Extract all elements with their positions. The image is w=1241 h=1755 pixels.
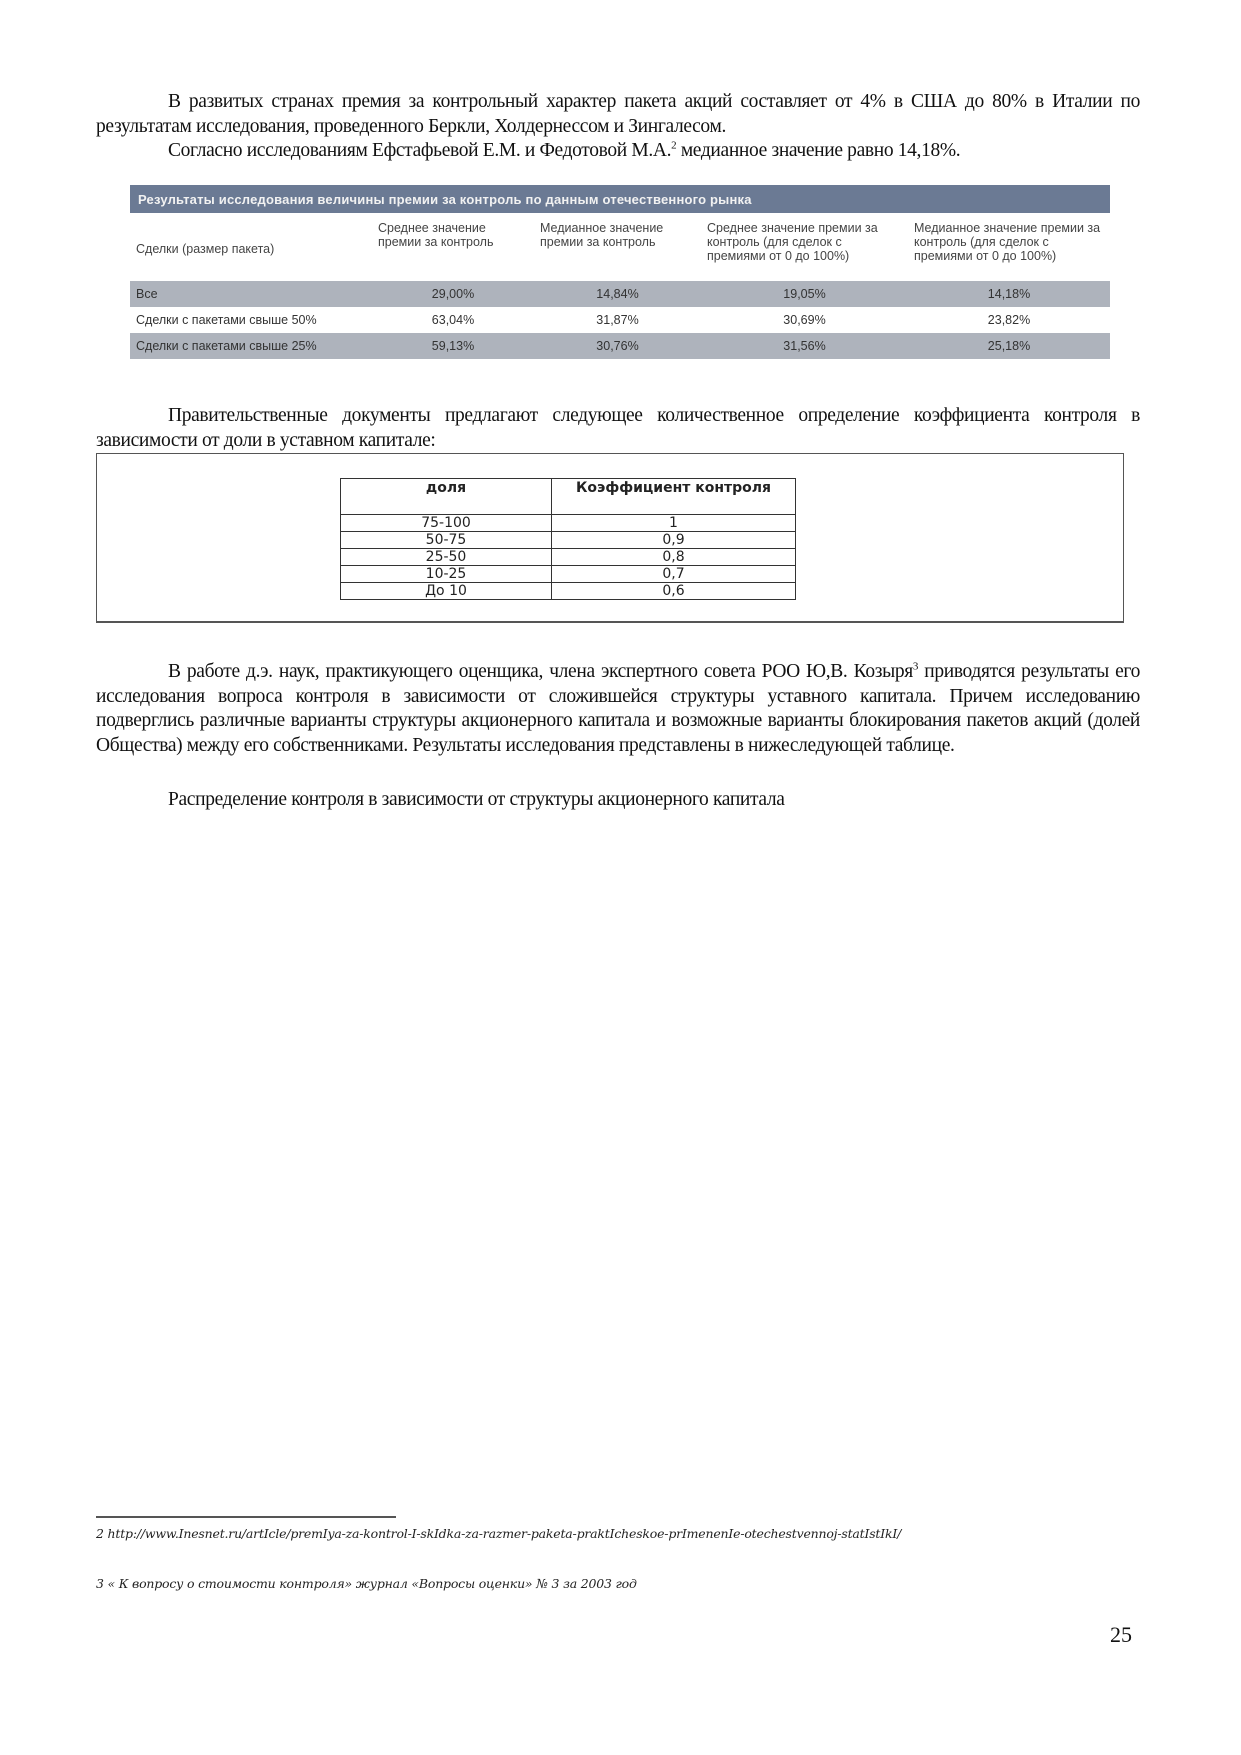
table-cell: 1 — [552, 515, 796, 532]
paragraph-text: Распределение контроля в зависимости от … — [168, 789, 785, 810]
table-cell: Все — [130, 281, 372, 307]
table-cell: Сделки с пакетами свыше 25% — [130, 333, 372, 359]
column-header: Сделки (размер пакета) — [130, 213, 372, 281]
column-header: Медианное значение премии за контроль — [534, 213, 701, 281]
paragraph-text: Согласно исследованиям Ефстафьевой Е.М. … — [168, 140, 671, 161]
table-row: Все 29,00% 14,84% 19,05% 14,18% — [130, 281, 1110, 307]
table-cell: 31,56% — [701, 333, 908, 359]
table-cell: 19,05% — [701, 281, 908, 307]
table-cell: 14,18% — [908, 281, 1110, 307]
table-cell: 30,69% — [701, 307, 908, 333]
footnote-3: 3 « К вопросу о стоимости контроля» журн… — [96, 1576, 637, 1591]
paragraph-median-value: Согласно исследованиям Ефстафьевой Е.М. … — [96, 139, 1140, 164]
table-header-row: Сделки (размер пакета) Среднее значение … — [130, 213, 1110, 281]
table-row: До 100,6 — [341, 583, 796, 600]
table-cell: 25-50 — [341, 549, 552, 566]
premium-research-table: Результаты исследования величины премии … — [130, 185, 1110, 359]
column-header: Среднее значение премии за контроль (для… — [701, 213, 908, 281]
paragraph-premium-countries: В развитых странах премия за контрольный… — [96, 90, 1140, 139]
table-row: 25-500,8 — [341, 549, 796, 566]
table-cell: 75-100 — [341, 515, 552, 532]
table-cell: 0,6 — [552, 583, 796, 600]
table-row: Сделки с пакетами свыше 25% 59,13% 30,76… — [130, 333, 1110, 359]
paragraph-kozyr-research: В работе д.э. наук, практикующего оценщи… — [96, 660, 1140, 758]
table-cell: 23,82% — [908, 307, 1110, 333]
footnote-separator — [96, 1516, 396, 1518]
table-cell: 31,87% — [534, 307, 701, 333]
table-cell: 0,7 — [552, 566, 796, 583]
table-cell: 59,13% — [372, 333, 534, 359]
paragraph-text: В работе д.э. наук, практикующего оценщи… — [168, 661, 913, 682]
footnote-2[interactable]: 2 http://www.Inesnet.ru/artIcle/premIya-… — [96, 1526, 901, 1541]
table-cell: 0,9 — [552, 532, 796, 549]
table-cell: 14,84% — [534, 281, 701, 307]
paragraph-distribution-caption: Распределение контроля в зависимости от … — [96, 788, 1140, 813]
table-cell: 10-25 — [341, 566, 552, 583]
table-row: 50-750,9 — [341, 532, 796, 549]
table-cell: 0,8 — [552, 549, 796, 566]
control-coefficient-table: доля Коэффициент контроля 75-1001 50-750… — [340, 478, 796, 600]
coefficient-table-frame: доля Коэффициент контроля 75-1001 50-750… — [96, 453, 1124, 623]
table-row: 10-250,7 — [341, 566, 796, 583]
table-title: Результаты исследования величины премии … — [130, 185, 1110, 213]
column-header: Коэффициент контроля — [552, 479, 796, 515]
table-cell: 25,18% — [908, 333, 1110, 359]
paragraph-text: В развитых странах премия за контрольный… — [96, 91, 1140, 137]
paragraph-text: Правительственные документы предлагают с… — [96, 405, 1140, 451]
table-cell: 50-75 — [341, 532, 552, 549]
column-header: Среднее значение премии за контроль — [372, 213, 534, 281]
table-cell: 29,00% — [372, 281, 534, 307]
table-cell: До 10 — [341, 583, 552, 600]
table-row: 75-1001 — [341, 515, 796, 532]
table-cell: Сделки с пакетами свыше 50% — [130, 307, 372, 333]
paragraph-text: медианное значение равно 14,18%. — [676, 140, 960, 161]
paragraph-government-docs: Правительственные документы предлагают с… — [96, 404, 1140, 453]
table-cell: 63,04% — [372, 307, 534, 333]
column-header: доля — [341, 479, 552, 515]
table-header-row: доля Коэффициент контроля — [341, 479, 796, 515]
page-number: 25 — [1110, 1622, 1132, 1648]
table-row: Сделки с пакетами свыше 50% 63,04% 31,87… — [130, 307, 1110, 333]
table-cell: 30,76% — [534, 333, 701, 359]
column-header: Медианное значение премии за контроль (д… — [908, 213, 1110, 281]
